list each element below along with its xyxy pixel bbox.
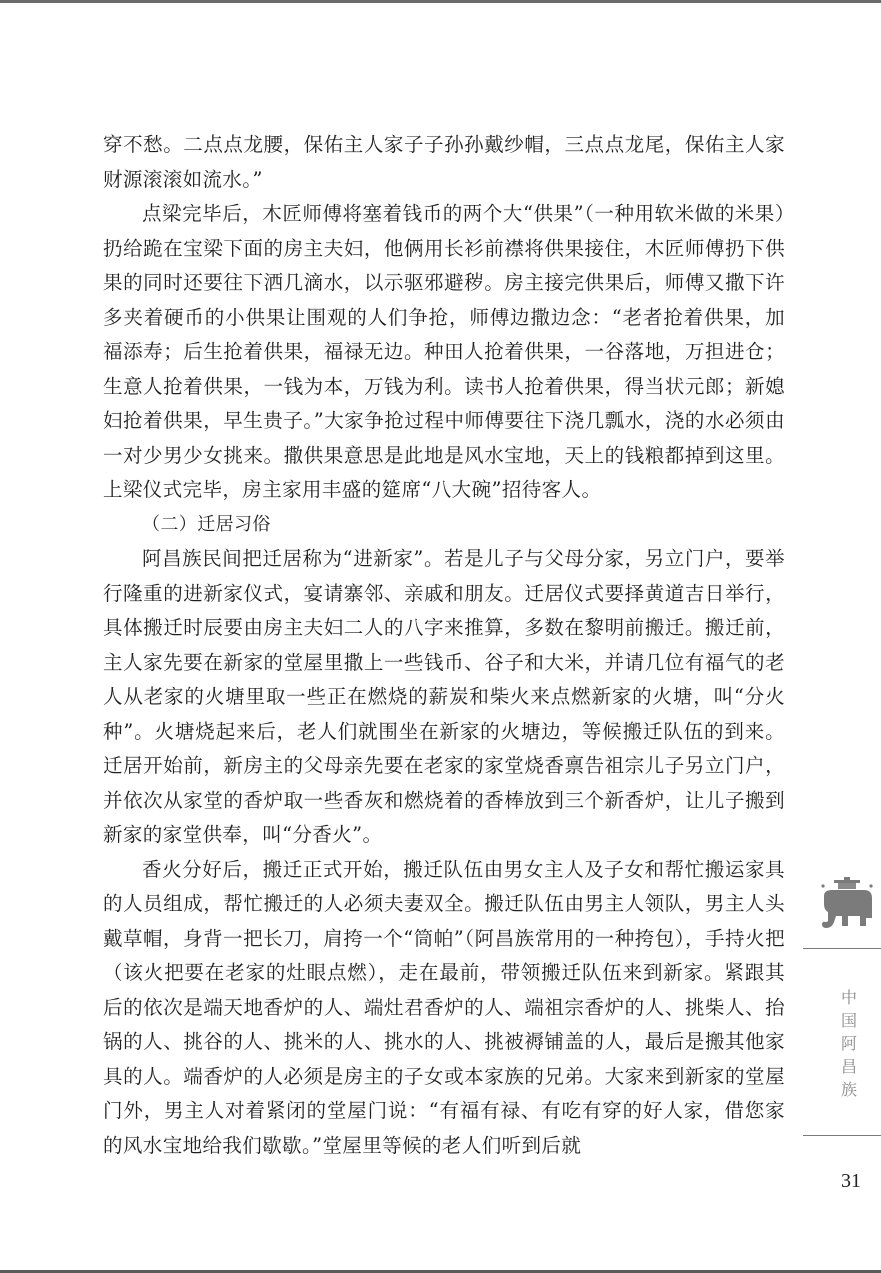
book-title-char: 阿 bbox=[838, 1032, 860, 1055]
sidebar-divider-bottom bbox=[803, 1135, 881, 1136]
book-title-char: 昌 bbox=[838, 1055, 860, 1078]
elephant-icon bbox=[818, 876, 878, 936]
book-title-char: 中 bbox=[838, 986, 860, 1009]
section-heading: （二）迁居习俗 bbox=[103, 508, 785, 543]
paragraph-moving-procession: 香火分好后，搬迁正式开始，搬迁队伍由男女主人及子女和帮忙搬运家具的人员组成，帮忙… bbox=[103, 853, 785, 1164]
paragraph-moving-custom: 阿昌族民间把迁居称为“进新家”。若是儿子与父母分家，另立门户，要举行隆重的进新家… bbox=[103, 542, 785, 853]
top-border-rule bbox=[0, 0, 881, 3]
paragraph-continuation: 穿不愁。二点点龙腰，保佑主人家子子孙孙戴纱帽，三点点龙尾，保佑主人家财源滚滚如流… bbox=[103, 128, 785, 197]
book-title-char: 族 bbox=[838, 1078, 860, 1101]
page-number: 31 bbox=[836, 1170, 866, 1193]
book-title-char: 国 bbox=[838, 1009, 860, 1032]
paragraph-liang-ceremony: 点梁完毕后，木匠师傅将塞着钱币的两个大“供果”（一种用软米做的米果）扔给跪在宝梁… bbox=[103, 197, 785, 508]
sidebar-divider-top bbox=[803, 948, 881, 949]
book-title-vertical: 中 国 阿 昌 族 bbox=[838, 986, 860, 1101]
body-text: 穿不愁。二点点龙腰，保佑主人家子子孙孙戴纱帽，三点点龙尾，保佑主人家财源滚滚如流… bbox=[103, 128, 785, 1163]
